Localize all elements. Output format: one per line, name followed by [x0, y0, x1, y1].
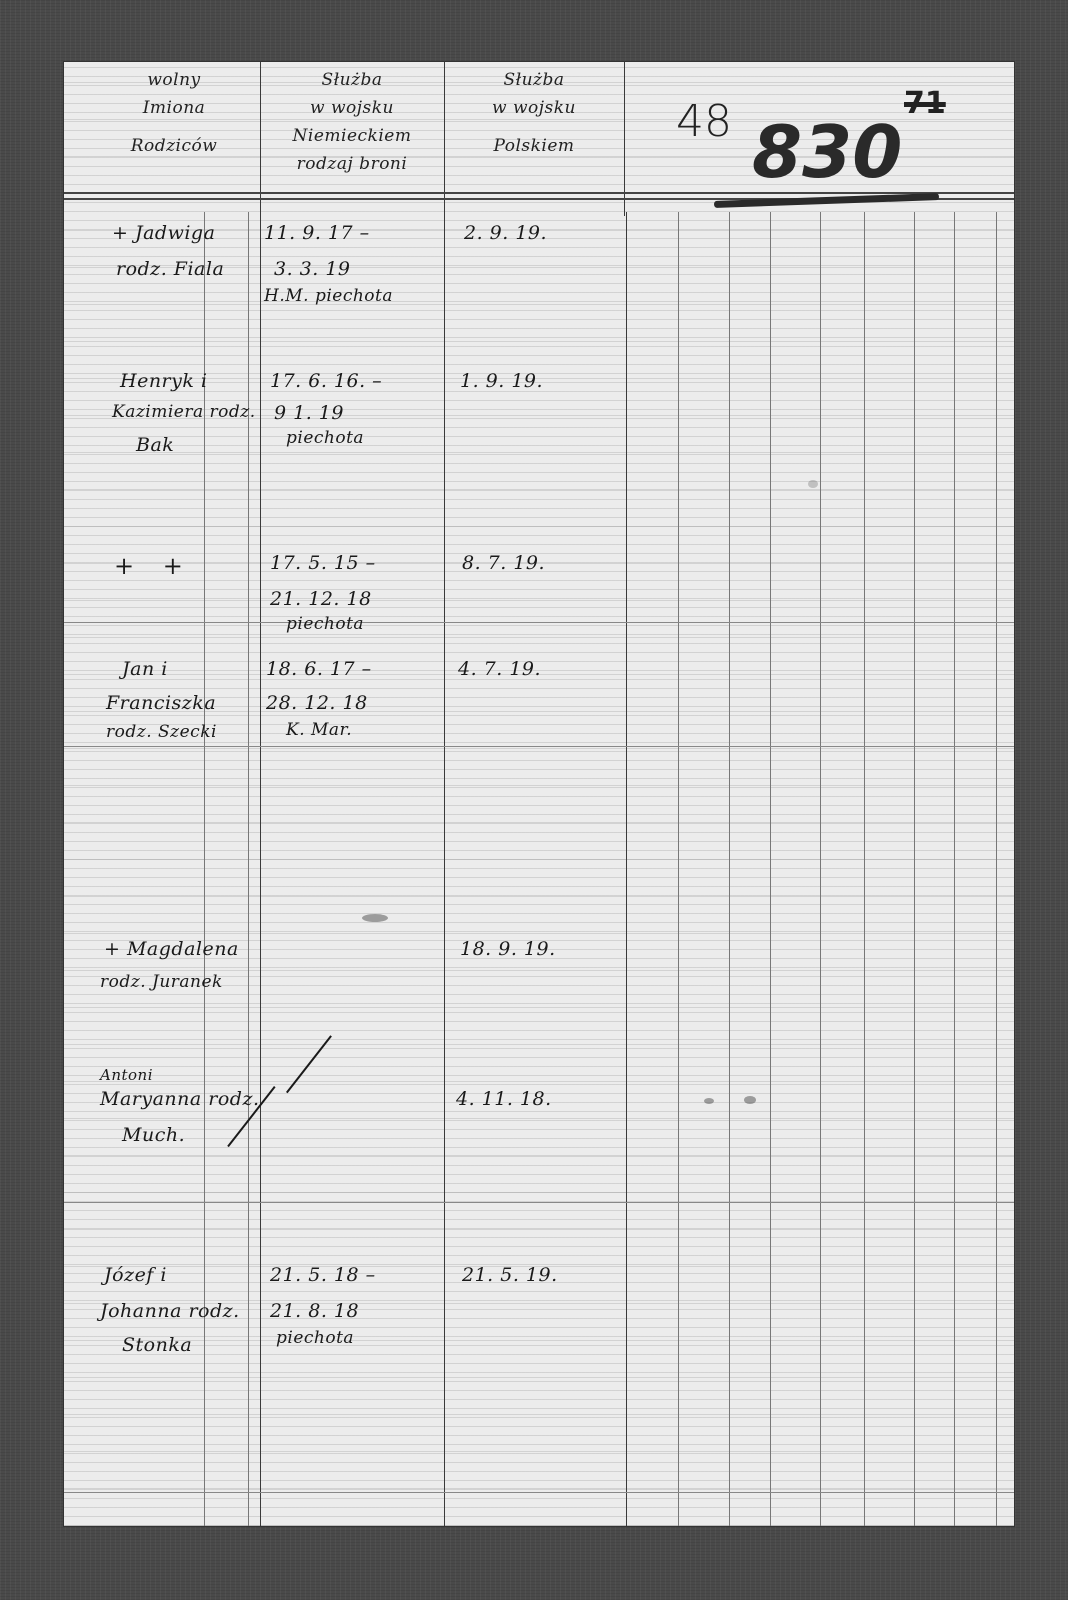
header-text: w wojsku — [264, 94, 440, 122]
not-applicable-slash — [286, 1035, 332, 1093]
german-service-line: piechota — [276, 1328, 354, 1348]
header-german-service: Służba w wojsku Niemieckiem rodzaj broni — [264, 66, 440, 178]
ink-blot — [704, 1098, 714, 1104]
header-text: rodzaj broni — [264, 150, 440, 178]
german-service-line: 3. 3. 19 — [274, 258, 351, 280]
pencil-page-number: 48 — [676, 96, 732, 147]
polish-service-date: 2. 9. 19. — [464, 222, 547, 244]
parents-line: + + — [114, 552, 183, 580]
row-rule — [64, 1492, 1014, 1493]
header-polish-service: Służba w wojsku Polskiem — [448, 66, 620, 160]
column-divider — [444, 62, 445, 1526]
column-divider — [770, 212, 771, 1526]
column-divider — [954, 212, 955, 1526]
german-service-line: piechota — [286, 614, 364, 634]
column-divider — [678, 212, 679, 1526]
german-service-line: 11. 9. 17 – — [264, 222, 370, 244]
polish-service-date: 4. 7. 19. — [458, 658, 541, 680]
parents-line: Much. — [122, 1124, 185, 1146]
parents-line: Jan i — [122, 658, 168, 680]
header-text: Rodziców — [94, 132, 254, 160]
parents-line: + Jadwiga — [112, 222, 215, 244]
parents-line: Johanna rodz. — [100, 1300, 240, 1322]
german-service-line: 21. 8. 18 — [270, 1300, 359, 1322]
struck-page-number: 71 — [904, 86, 946, 121]
polish-service-date: 18. 9. 19. — [460, 938, 556, 960]
parents-line: rodz. Fiala — [116, 258, 224, 280]
column-divider — [864, 212, 865, 1526]
parents-line: Henryk i — [120, 370, 208, 392]
row-rule — [64, 746, 1014, 747]
parents-line: Bak — [136, 434, 174, 456]
german-service-line: 18. 6. 17 – — [266, 658, 372, 680]
polish-service-date: 4. 11. 18. — [456, 1088, 552, 1110]
header-parents: wolny Imiona Rodziców — [94, 66, 254, 160]
parents-line: + Magdalena — [104, 938, 239, 960]
parents-line: Józef i — [104, 1264, 167, 1286]
parents-line: Maryanna rodz. — [100, 1088, 260, 1110]
ink-blot — [744, 1096, 756, 1104]
header-text: Imiona — [94, 94, 254, 122]
german-service-line: 21. 12. 18 — [270, 588, 372, 610]
page-number-underline — [714, 193, 939, 208]
page-number: 830 — [752, 110, 902, 194]
column-divider — [626, 212, 627, 1526]
german-service-line: 17. 5. 15 – — [270, 552, 376, 574]
german-service-line: 17. 6. 16. – — [270, 370, 382, 392]
column-divider — [996, 212, 997, 1526]
column-divider — [914, 212, 915, 1526]
parents-line: Antoni — [100, 1066, 153, 1084]
row-rule — [64, 1202, 1014, 1203]
column-divider — [260, 62, 261, 1526]
header-text: wolny — [94, 66, 254, 94]
polish-service-date: 21. 5. 19. — [462, 1264, 558, 1286]
polish-service-date: 1. 9. 19. — [460, 370, 543, 392]
polish-service-date: 8. 7. 19. — [462, 552, 545, 574]
german-service-line: piechota — [286, 428, 364, 448]
header-text: Służba — [448, 66, 620, 94]
row-rule — [64, 622, 1014, 623]
parents-line: Franciszka — [106, 692, 216, 714]
german-service-line: H.M. piechota — [264, 286, 393, 306]
ink-blot — [362, 914, 388, 922]
header-text: Służba — [264, 66, 440, 94]
column-divider — [729, 212, 730, 1526]
header-text: w wojsku — [448, 94, 620, 122]
german-service-line: 9 1. 19 — [274, 402, 344, 424]
german-service-line: 21. 5. 18 – — [270, 1264, 376, 1286]
column-divider — [820, 212, 821, 1526]
parents-line: Stonka — [122, 1334, 192, 1356]
header-text: Polskiem — [448, 132, 620, 160]
register-page: wolny Imiona Rodziców Służba w wojsku Ni… — [64, 62, 1014, 1526]
header-text: Niemieckiem — [264, 122, 440, 150]
german-service-line: 28. 12. 18 — [266, 692, 368, 714]
parents-line: Kazimiera rodz. — [112, 402, 256, 422]
parents-line: rodz. Szecki — [106, 722, 217, 742]
ink-blot — [808, 480, 818, 488]
parents-line: rodz. Juranek — [100, 972, 223, 992]
german-service-line: K. Mar. — [286, 720, 352, 740]
